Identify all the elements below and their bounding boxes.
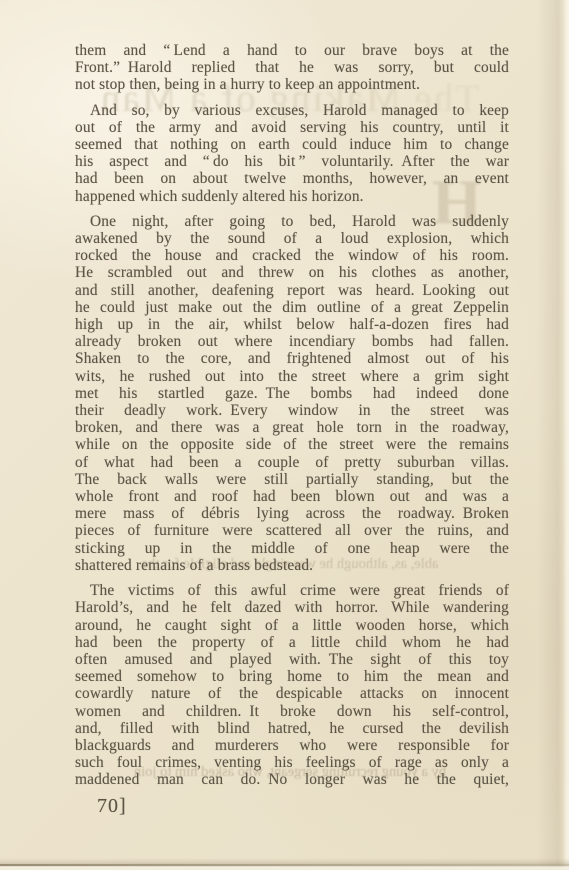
text-line: already broken out where incendiary bomb… [75,333,509,350]
text-line: cowardly nature of the despicable attack… [75,685,509,702]
text-line: high up in the air, whilst below half-a-… [75,316,509,333]
text-line: had been on about twelve months, however… [75,170,509,187]
text-line: One night, after going to bed, Harold wa… [75,213,509,230]
text-line: and still another, deafening report was … [75,282,509,299]
text-line: his aspect and “ do his bit ” voluntaril… [75,153,509,170]
page-number: 70] [97,795,127,818]
text-line: not stop then, being in a hurry to keep … [75,76,509,93]
text-line: often amused and played with. The sight … [75,651,509,668]
text-line: met his startled gaze. The bombs had ind… [75,385,509,402]
text-line: had been the property of a little child … [75,634,509,651]
paragraph: The victims of this awful crime were gre… [75,582,509,788]
book-page-scan: The Making of a Man H able, as, although… [0,0,569,870]
text-line: wits, he rushed out into the street wher… [75,368,509,385]
text-line: And so, by various excuses, Harold manag… [75,102,509,119]
text-line: Harold’s, and he felt dazed with horror.… [75,599,509,616]
text-line: women and children. It broke down his se… [75,703,509,720]
text-line: such foul crimes, venting his feelings o… [75,754,509,771]
text-line: while on the opposite side of the street… [75,436,509,453]
text-line: of what had been a couple of pretty subu… [75,454,509,471]
text-line: The victims of this awful crime were gre… [75,582,509,599]
text-line: out of the army and avoid serving his co… [75,119,509,136]
text-line: happened which suddenly altered his hori… [75,188,509,205]
text-line: pieces of furniture were scattered all o… [75,522,509,539]
text-line: rocked the house and cracked the window … [75,247,509,264]
text-line: sticking up in the middle of one heap we… [75,540,509,557]
text-line: their deadly work. Every window in the s… [75,402,509,419]
text-line: awakened by the sound of a loud explosio… [75,230,509,247]
text-line: The back walls were still partially stan… [75,471,509,488]
text-line: seemed that nothing on earth could induc… [75,136,509,153]
text-line: whole front and roof had been blown out … [75,488,509,505]
text-line: blackguards and murderers who were respo… [75,737,509,754]
text-line: He scrambled out and threw on his clothe… [75,264,509,281]
text-line: mere mass of débris lying across the roa… [75,505,509,522]
page-bottom-edge-line [0,864,569,866]
paragraph: One night, after going to bed, Harold wa… [75,213,509,574]
text-line: and, filled with blind hatred, he cursed… [75,720,509,737]
page-right-edge-shadow [537,0,569,870]
text-line: broken, and there was a great hole torn … [75,419,509,436]
text-line: maddened man can do. No longer was he th… [75,771,509,788]
text-line: Front.” Harold replied that he was sorry… [75,59,509,76]
text-block: them and “ Lend a hand to our brave boys… [75,42,509,789]
text-line: Shaken to the core, and frightened almos… [75,350,509,367]
text-line: around, he caught sight of a little wood… [75,617,509,634]
text-line: shattered remains of a brass bedstead. [75,557,509,574]
paragraph: them and “ Lend a hand to our brave boys… [75,42,509,94]
paragraph: And so, by various excuses, Harold manag… [75,102,509,205]
text-line: seemed somehow to bring home to him the … [75,668,509,685]
text-line: them and “ Lend a hand to our brave boys… [75,42,509,59]
text-line: he could just make out the dim outline o… [75,299,509,316]
